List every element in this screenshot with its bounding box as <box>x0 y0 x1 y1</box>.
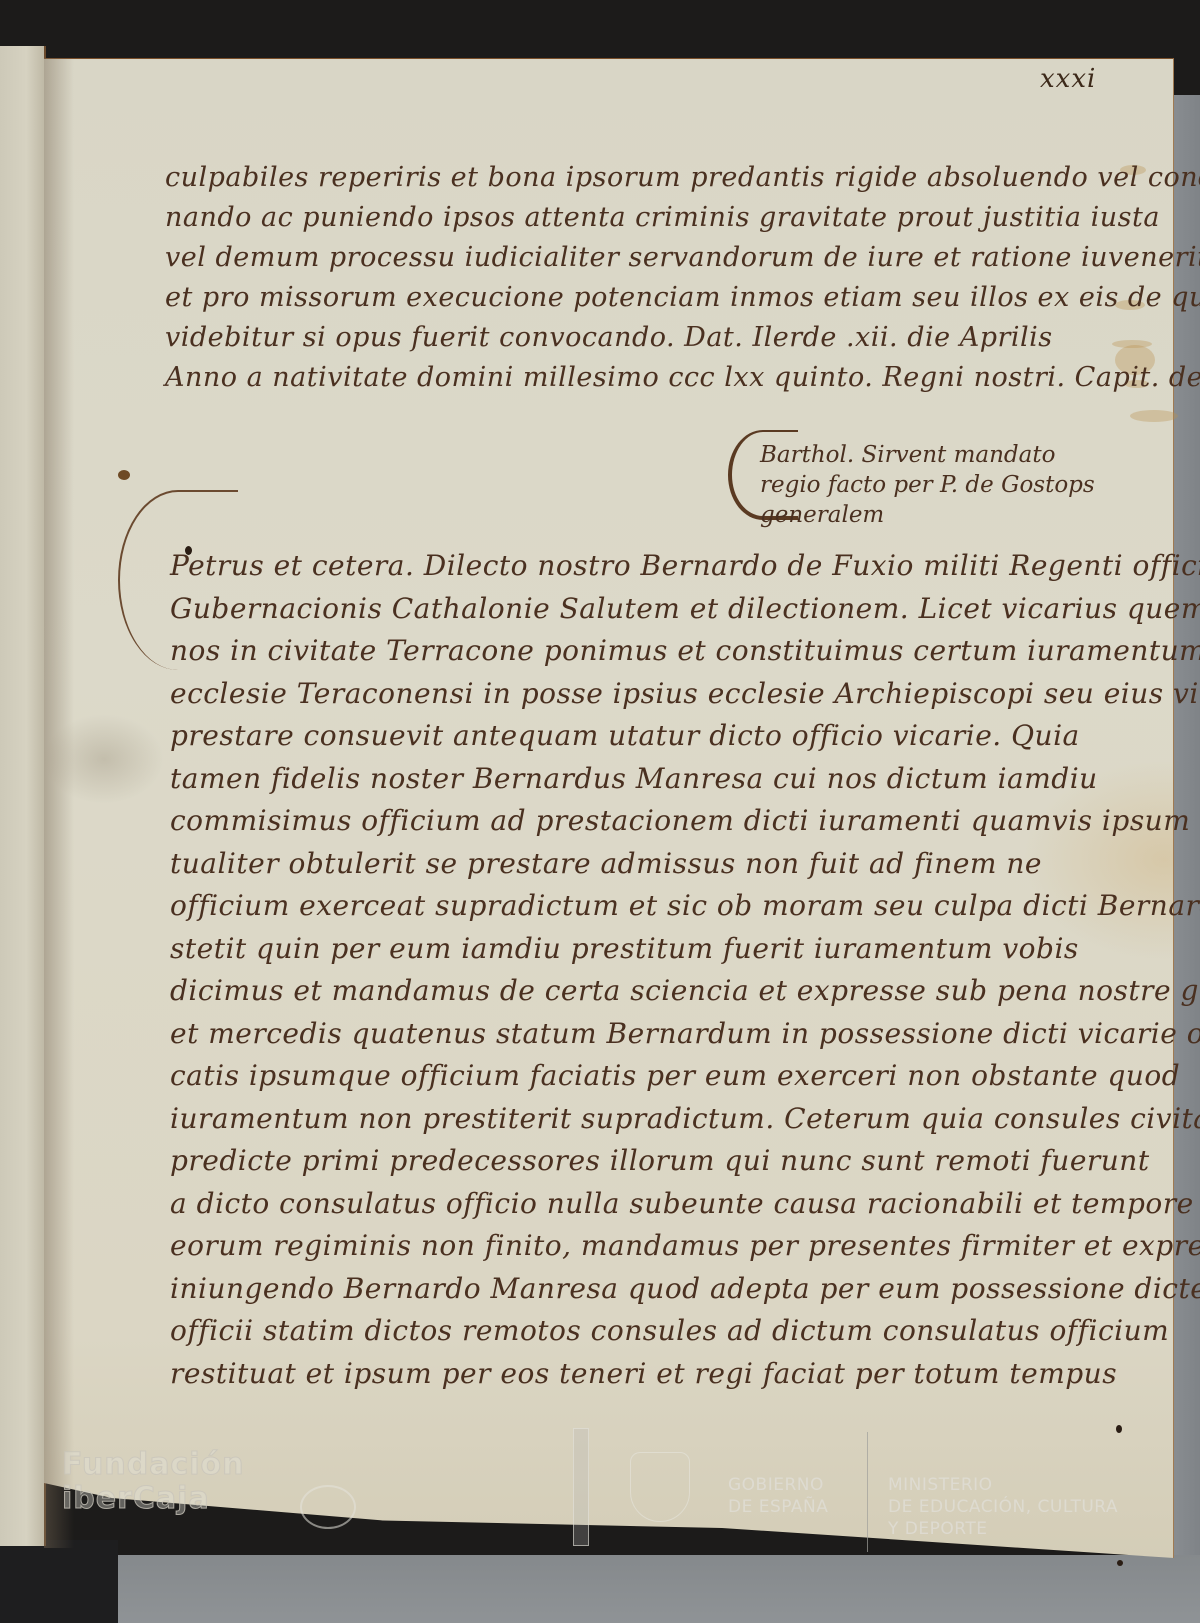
manuscript-line: videbitur si opus fuerit convocando. Dat… <box>165 318 1200 358</box>
manuscript-line: Anno a nativitate domini millesimo ccc l… <box>165 358 1200 398</box>
adjacent-page-edge <box>0 46 46 1546</box>
manuscript-line: catis ipsumque officium faciatis per eum… <box>170 1055 1200 1098</box>
manuscript-line: tualiter obtulerit se prestare admissus … <box>170 843 1200 886</box>
manuscript-line: Gubernacionis Cathalonie Salutem et dile… <box>170 588 1200 631</box>
manuscript-line: predicte primi predecessores illorum qui… <box>170 1140 1200 1183</box>
watermark-divider <box>867 1432 868 1552</box>
watermark-text: DE EDUCACIÓN, CULTURA <box>888 1496 1118 1518</box>
gobierno-espana-watermark: GOBIERNO DE ESPAÑA <box>728 1474 828 1518</box>
watermark-text: MINISTERIO <box>888 1474 1118 1496</box>
coat-of-arms-icon <box>630 1452 690 1522</box>
manuscript-line: et pro missorum execucione potenciam inm… <box>165 278 1200 318</box>
watermark-text: iberCaja <box>62 1482 244 1516</box>
watermark-text: Fundación <box>62 1448 244 1482</box>
manuscript-line: commisimus officium ad prestacionem dict… <box>170 800 1200 843</box>
manuscript-line: vel demum processu iudicialiter servando… <box>165 238 1200 278</box>
watermark-text: Y DEPORTE <box>888 1518 1118 1540</box>
signature-line: Barthol. Sirvent mandato <box>760 440 1095 470</box>
manuscript-line: officium exerceat supradictum et sic ob … <box>170 885 1200 928</box>
signature-line: generalem <box>760 500 1095 530</box>
manuscript-line: prestare consuevit antequam utatur dicto… <box>170 715 1200 758</box>
manuscript-line: a dicto consulatus officio nulla subeunt… <box>170 1183 1200 1226</box>
manuscript-line: stetit quin per eum iamdiu prestitum fue… <box>170 928 1200 971</box>
manuscript-line: iniungendo Bernardo Manresa quod adepta … <box>170 1268 1200 1311</box>
spain-flag-icon <box>573 1428 589 1546</box>
manuscript-line: Petrus et cetera. Dilecto nostro Bernard… <box>170 545 1200 588</box>
backdrop-dark <box>0 1540 118 1623</box>
manuscript-line: ecclesie Teraconensi in posse ipsius ecc… <box>170 673 1200 716</box>
manuscript-line: iuramentum non prestiterit supradictum. … <box>170 1098 1200 1141</box>
ministerio-watermark: MINISTERIO DE EDUCACIÓN, CULTURA Y DEPOR… <box>888 1474 1118 1540</box>
manuscript-line: et mercedis quatenus statum Bernardum in… <box>170 1013 1200 1056</box>
signature-line: regio facto per P. de Gostops <box>760 470 1095 500</box>
text-block-upper: culpabiles reperiris et bona ipsorum pre… <box>165 158 1200 398</box>
ink-dot <box>1117 1560 1123 1566</box>
watermark-text: DE ESPAÑA <box>728 1496 828 1518</box>
text-block-main: Petrus et cetera. Dilecto nostro Bernard… <box>170 545 1200 1395</box>
scribe-signature: Barthol. Sirvent mandato regio facto per… <box>760 440 1095 530</box>
watermark-text: GOBIERNO <box>728 1474 828 1496</box>
manuscript-line: restituat et ipsum per eos teneri et reg… <box>170 1353 1200 1396</box>
ink-dot <box>1116 1425 1122 1433</box>
manuscript-line: officii statim dictos remotos consules a… <box>170 1310 1200 1353</box>
manuscript-line: nos in civitate Terracone ponimus et con… <box>170 630 1200 673</box>
manuscript-line: eorum regiminis non finito, mandamus per… <box>170 1225 1200 1268</box>
manuscript-line: culpabiles reperiris et bona ipsorum pre… <box>165 158 1200 198</box>
manuscript-line: nando ac puniendo ipsos attenta criminis… <box>165 198 1200 238</box>
manuscript-line: dicimus et mandamus de certa sciencia et… <box>170 970 1200 1013</box>
gutter-shadow <box>44 58 74 1548</box>
worm-hole <box>118 470 130 480</box>
folio-number: xxxi <box>1040 64 1096 94</box>
manuscript-line: tamen fidelis noster Bernardus Manresa c… <box>170 758 1200 801</box>
water-stain <box>1130 410 1178 422</box>
fundacion-ibercaja-watermark: Fundación iberCaja <box>62 1448 244 1516</box>
backdrop-grey-bottom <box>118 1555 1200 1623</box>
ibercaja-logo-icon <box>300 1485 356 1529</box>
